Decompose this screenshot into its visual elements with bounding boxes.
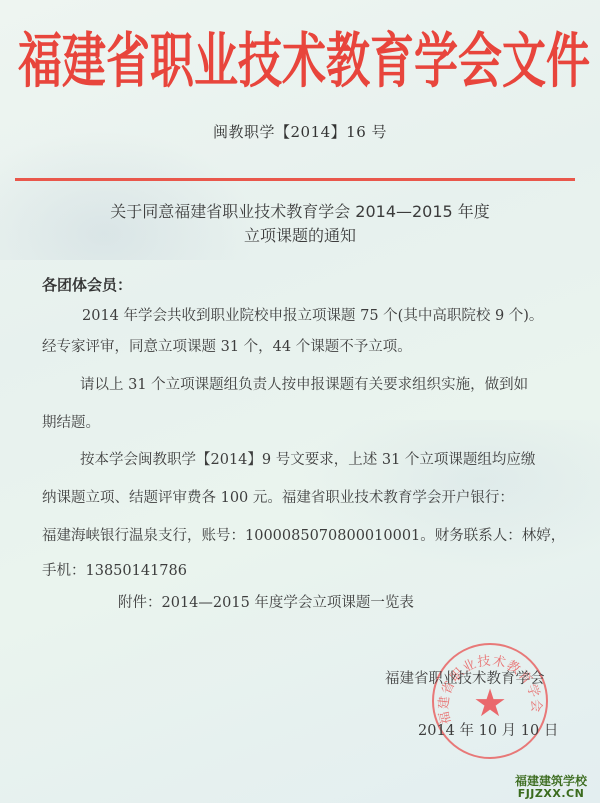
title-char: 职 <box>150 13 194 99</box>
site-watermark: 福建建筑学校 FJJZXX.CN <box>515 774 587 800</box>
issue-date: 2014 年 10 月 10 日 <box>418 719 558 740</box>
title-char: 技 <box>238 13 282 99</box>
document-number: 闽教职学【2014】16 号 <box>0 121 600 142</box>
title-char: 建 <box>62 13 106 99</box>
star-icon: ★ <box>472 685 508 721</box>
document-header-title: 福 建 省 职 业 技 术 教 育 学 会 文 件 <box>18 5 584 108</box>
official-seal: 福建省职业技术教育学会 ★ <box>432 643 548 759</box>
document-page: 福 建 省 职 业 技 术 教 育 学 会 文 件 闽教职学【2014】16 号… <box>0 0 600 803</box>
salutation: 各团体会员： <box>42 274 132 295</box>
title-char: 件 <box>546 13 590 99</box>
red-divider-line <box>15 178 575 181</box>
body-paragraph-line: 按本学会闽教职学【2014】9 号文要求，上述 31 个立项课题组均应缴 <box>80 450 535 470</box>
body-paragraph-line: 经专家评审，同意立项课题 31 个，44 个课题不予立项。 <box>42 337 412 357</box>
contact-phone-line: 手机：13850141786 <box>42 561 187 581</box>
title-char: 学 <box>414 13 458 99</box>
attachment-line: 附件：2014—2015 年度学会立项课题一览表 <box>118 593 414 613</box>
body-paragraph-line: 2014 年学会共收到职业院校申报立项课题 75 个(其中高职院校 9 个)。 <box>82 306 543 326</box>
notice-subject: 关于同意福建省职业技术教育学会 2014—2015 年度 立项课题的通知 <box>0 200 600 248</box>
body-paragraph-line: 请以上 31 个立项课题组负责人按申报课题有关要求组织实施，做到如 <box>80 375 528 395</box>
subject-line-1: 关于同意福建省职业技术教育学会 2014—2015 年度 <box>0 200 600 224</box>
subject-line-2: 立项课题的通知 <box>0 224 600 248</box>
title-char: 会 <box>458 13 502 99</box>
title-char: 文 <box>502 13 546 99</box>
watermark-line-2: FJJZXX.CN <box>515 788 587 800</box>
title-char: 术 <box>282 13 326 99</box>
body-paragraph-line: 纳课题立项、结题评审费各 100 元。福建省职业技术教育学会开户银行： <box>42 488 514 508</box>
watermark-line-1: 福建建筑学校 <box>515 774 587 788</box>
body-paragraph-line: 福建海峡银行温泉支行，账号：1000085070800010001。财务联系人：… <box>42 526 565 546</box>
body-paragraph-line: 期结题。 <box>42 413 100 433</box>
issuer-signature: 福建省职业技术教育学会 <box>385 667 545 688</box>
title-char: 福 <box>18 13 62 99</box>
title-char: 教 <box>326 13 370 99</box>
title-char: 育 <box>370 13 414 99</box>
title-char: 省 <box>106 13 150 99</box>
title-char: 业 <box>194 13 238 99</box>
